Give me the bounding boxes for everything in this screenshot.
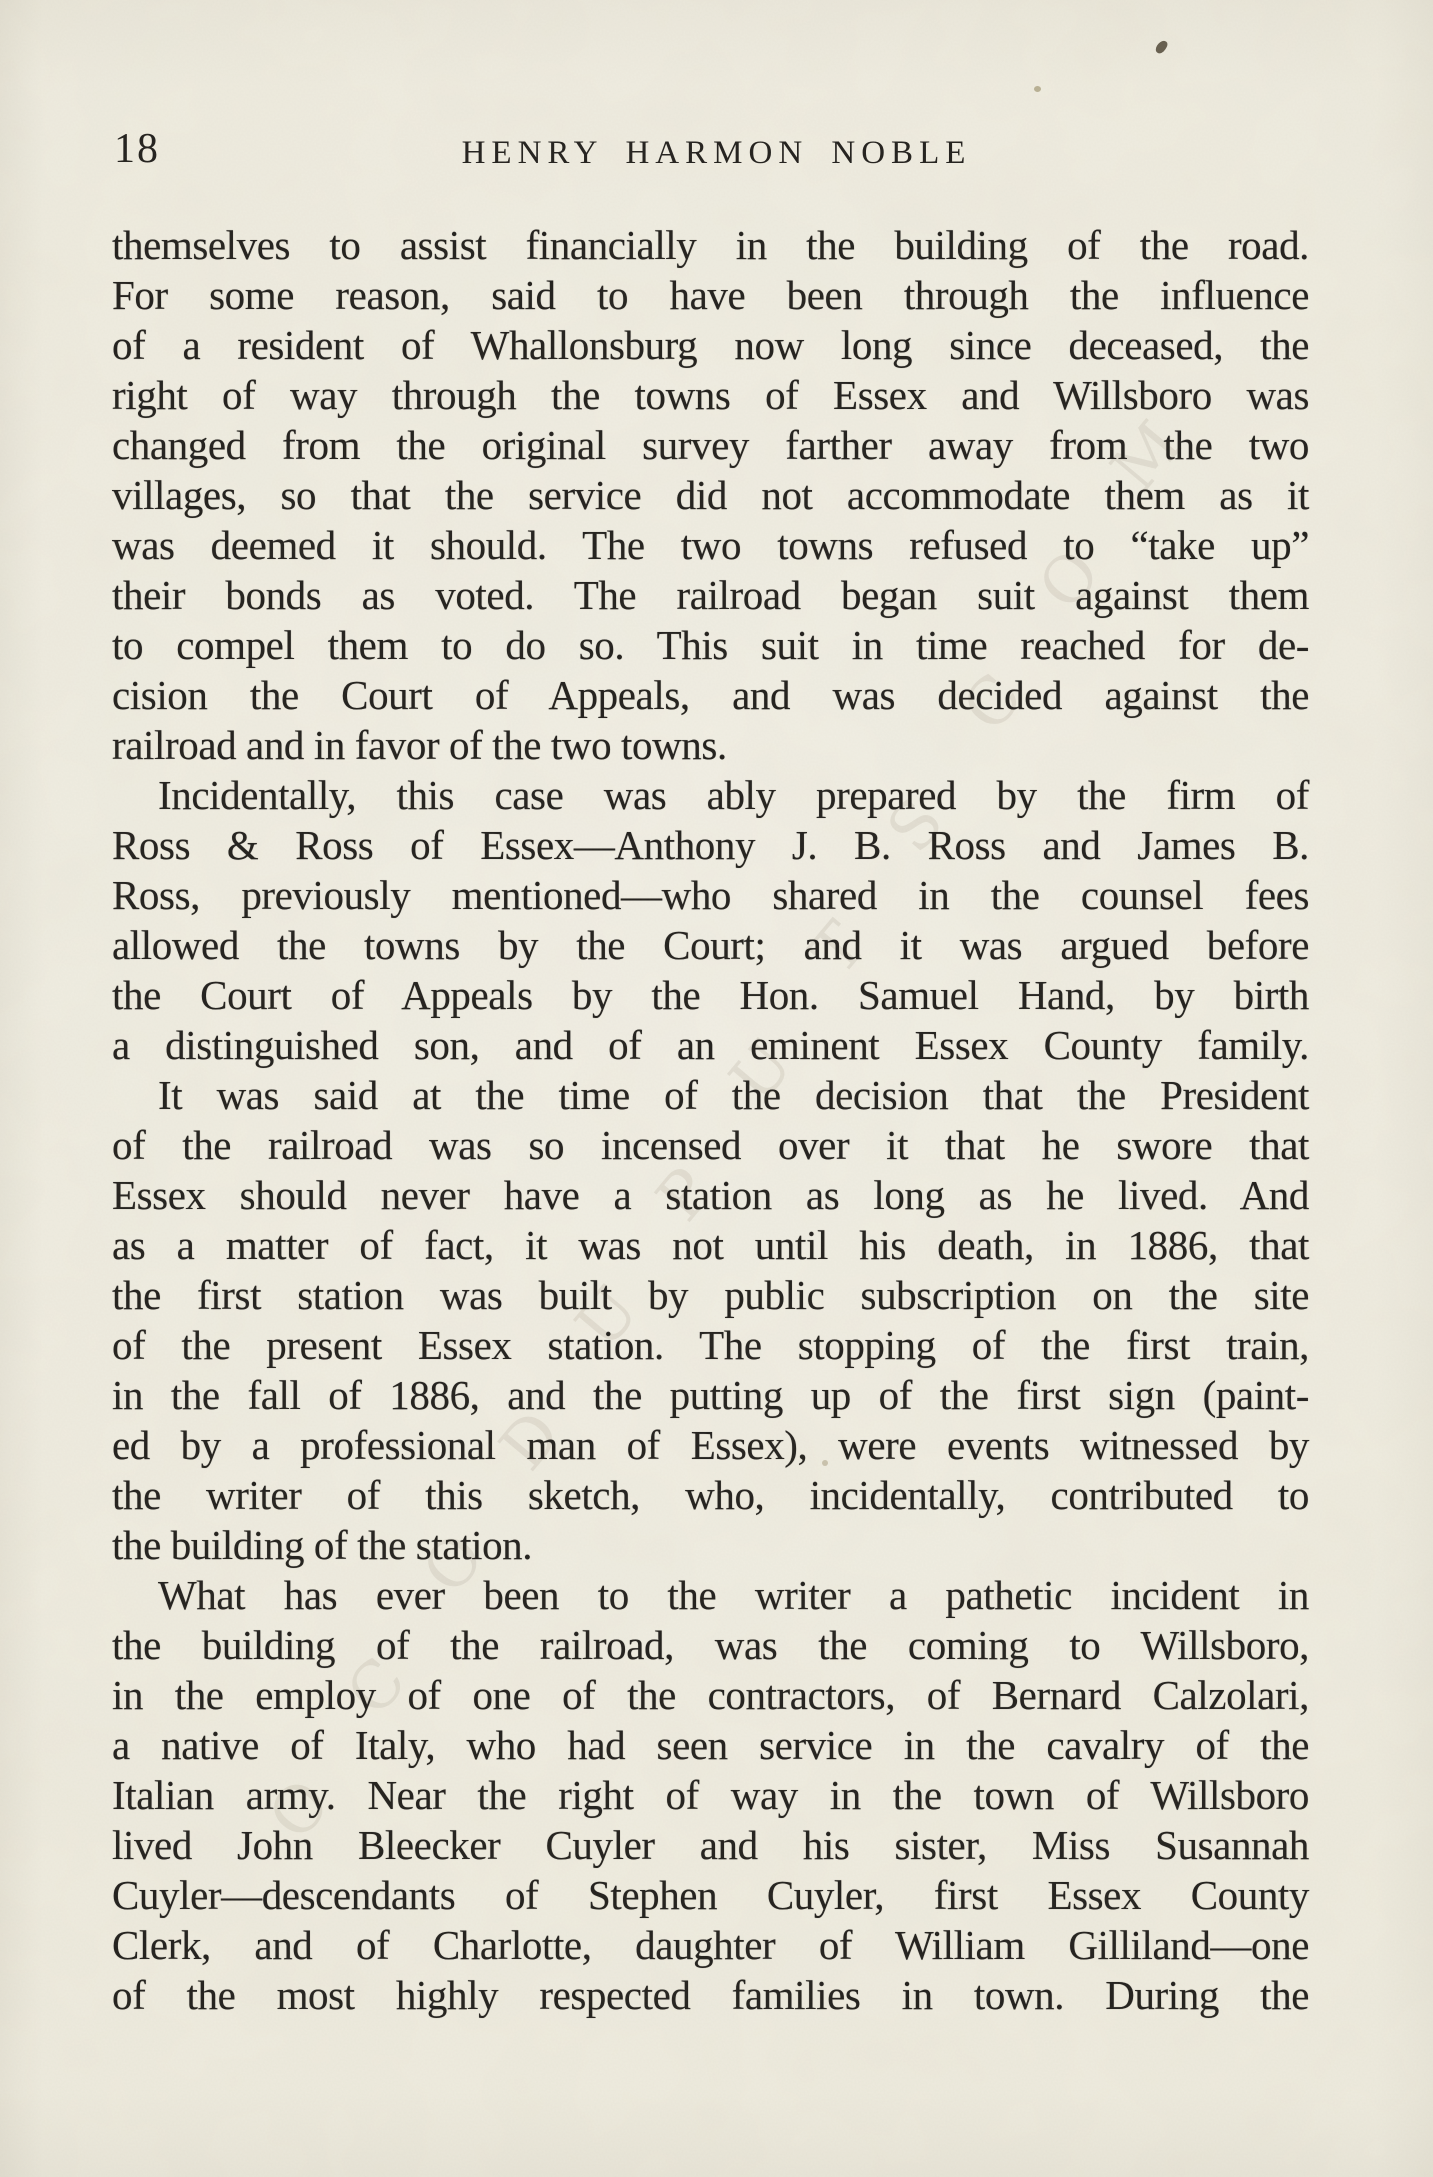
text-line: a distinguished son, and of an eminent E…: [112, 1020, 1309, 1070]
ink-speck: [1034, 86, 1041, 92]
text-line: allowed the towns by the Court; and it w…: [112, 920, 1309, 970]
text-line: cision the Court of Appeals, and was dec…: [112, 670, 1309, 720]
text-line: the Court of Appeals by the Hon. Samuel …: [112, 970, 1309, 1020]
text-line: the building of the station.: [112, 1520, 1309, 1570]
text-line: Clerk, and of Charlotte, daughter of Wil…: [112, 1920, 1309, 1970]
text-line: in the fall of 1886, and the putting up …: [112, 1370, 1309, 1420]
text-line: the writer of this sketch, who, incident…: [112, 1470, 1309, 1520]
text-line: of the most highly respected families in…: [112, 1970, 1309, 2020]
text-line: It was said at the time of the decision …: [112, 1070, 1309, 1120]
text-line: the building of the railroad, was the co…: [112, 1620, 1309, 1670]
text-line: to compel them to do so. This suit in ti…: [112, 620, 1309, 670]
text-line: was deemed it should. The two towns refu…: [112, 520, 1309, 570]
text-line: Cuyler—descendants of Stephen Cuyler, fi…: [112, 1870, 1309, 1920]
text-line: changed from the original survey farther…: [112, 420, 1309, 470]
text-line: villages, so that the service did not ac…: [112, 470, 1309, 520]
text-line: their bonds as voted. The railroad began…: [112, 570, 1309, 620]
text-line: For some reason, said to have been throu…: [112, 270, 1309, 320]
ink-speck: [1154, 39, 1169, 56]
text-line: of the present Essex station. The stoppi…: [112, 1320, 1309, 1370]
text-line: Incidentally, this case was ably prepare…: [112, 770, 1309, 820]
text-line: of the railroad was so incensed over it …: [112, 1120, 1309, 1170]
text-line: a native of Italy, who had seen service …: [112, 1720, 1309, 1770]
text-line: Ross, previously mentioned—who shared in…: [112, 870, 1309, 920]
page-number: 18: [114, 124, 160, 174]
text-line: themselves to assist financially in the …: [112, 220, 1309, 270]
scanned-book-page: { "page_header": { "page_number": "18", …: [0, 0, 1433, 2177]
text-line: railroad and in favor of the two towns.: [112, 720, 1309, 770]
text-line: lived John Bleecker Cuyler and his siste…: [112, 1820, 1309, 1870]
running-head: HENRY HARMON NOBLE: [462, 128, 972, 178]
text-line: Ross & Ross of Essex—Anthony J. B. Ross …: [112, 820, 1309, 870]
text-line: of a resident of Whallonsburg now long s…: [112, 320, 1309, 370]
text-line: What has ever been to the writer a pathe…: [112, 1570, 1309, 1620]
text-line: Italian army. Near the right of way in t…: [112, 1770, 1309, 1820]
text-line: right of way through the towns of Essex …: [112, 370, 1309, 420]
text-line: ed by a professional man of Essex), were…: [112, 1420, 1309, 1470]
text-line: the first station was built by public su…: [112, 1270, 1309, 1320]
text-line: Essex should never have a station as lon…: [112, 1170, 1309, 1220]
text-line: as a matter of fact, it was not until hi…: [112, 1220, 1309, 1270]
text-line: in the employ of one of the contractors,…: [112, 1670, 1309, 1720]
body-text: themselves to assist financially in the …: [112, 220, 1309, 2020]
